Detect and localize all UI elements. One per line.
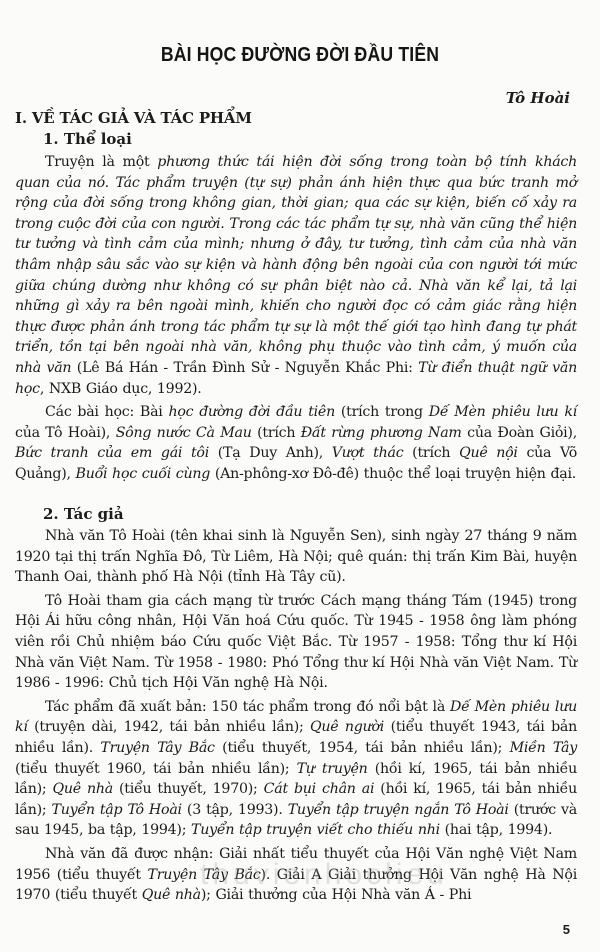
italic-run: Tuyển tập truyện viết cho thiếu nhi <box>191 822 440 838</box>
italic-run: Vượt thác <box>332 445 404 461</box>
text-run: Tác phẩm đã xuất bản: 150 tác phẩm trong… <box>45 699 450 715</box>
italic-run: Dế Mèn phiêu lưu kí <box>429 404 577 420</box>
text-run: của Tô Hoài), <box>15 425 116 441</box>
text-run: (hai tập, 1994). <box>440 822 552 838</box>
italic-run: học đường đời đầu tiên <box>168 404 335 420</box>
paragraph-author-career: Tô Hoài tham gia cách mạng từ trước Cách… <box>15 591 577 694</box>
text-run: (tiểu thuyết, 1970); <box>113 781 264 797</box>
italic-run: Truyện Tây Bắc <box>148 867 261 883</box>
text-run: (3 tập, 1993). <box>182 802 288 818</box>
text-run: ); Giải thưởng của Hội Nhà văn Á - Phi <box>201 887 471 903</box>
italic-run: Quê nhà <box>142 887 201 903</box>
page-number: 5 <box>563 922 570 937</box>
section-heading: I. VỀ TÁC GIẢ VÀ TÁC PHẨM <box>15 109 252 127</box>
page-title: BÀI HỌC ĐƯỜNG ĐỜI ĐẦU TIÊN <box>42 43 558 67</box>
text-run: (trích <box>403 445 459 461</box>
paragraph-author-awards: Nhà văn đã được nhận: Giải nhất tiểu thu… <box>15 844 577 906</box>
paragraph-author-works: Tác phẩm đã xuất bản: 150 tác phẩm trong… <box>15 697 577 841</box>
text-run: (tiểu thuyết, 1954, tái bản nhiều lần); <box>215 740 510 756</box>
italic-run: Cát bụi chân ai <box>264 781 375 797</box>
italic-run: Sông nước Cà Mau <box>116 425 252 441</box>
text-run: , NXB Giáo dục, 1992). <box>40 381 202 397</box>
subsection-heading-author: 2. Tác giả <box>43 505 124 523</box>
italic-run: Tuyển tập truyện ngắn Tô Hoài <box>288 802 509 818</box>
italic-run: Quê nội <box>459 445 518 461</box>
text-run: Các bài học: Bài <box>45 404 168 420</box>
text-run: (Lê Bá Hán - Trần Đình Sử - Nguyễn Khắc … <box>71 360 418 376</box>
italic-run: Miền Tây <box>510 740 577 756</box>
text-run: (An-phông-xơ Đô-đê) thuộc thể loại truyệ… <box>210 466 576 482</box>
paragraph-author-birth: Nhà văn Tô Hoài (tên khai sinh là Nguyễn… <box>15 526 577 588</box>
section-genre-body: Truyện là một phương thức tái hiện đời s… <box>15 152 577 485</box>
text-run: (tiểu thuyết 1960, tái bản nhiều lần); <box>15 761 297 777</box>
subsection-heading-genre: 1. Thể loại <box>43 130 132 148</box>
text-run: của Đoàn Giỏi), <box>462 425 577 441</box>
text-run: (trích <box>252 425 301 441</box>
italic-run: phương thức tái hiện đời sống trong toàn… <box>15 154 577 376</box>
text-run: Nhà văn Tô Hoài (tên khai sinh là Nguyễn… <box>15 528 577 585</box>
author-name: Tô Hoài <box>506 89 570 107</box>
italic-run: Truyện Tây Bắc <box>100 740 214 756</box>
text-run: (truyện dài, 1942, tái bản nhiều lần); <box>28 719 310 735</box>
italic-run: Quê người <box>310 719 384 735</box>
italic-run: Buổi học cuối cùng <box>76 466 211 482</box>
italic-run: Đất rừng phương Nam <box>301 425 462 441</box>
text-run: Truyện là một <box>45 154 157 170</box>
text-run: (trích trong <box>335 404 429 420</box>
italic-run: Tuyển tập Tô Hoài <box>52 802 182 818</box>
paragraph-genre-definition: Truyện là một phương thức tái hiện đời s… <box>15 152 577 399</box>
text-run: (Tạ Duy Anh), <box>209 445 332 461</box>
text-run: Tô Hoài tham gia cách mạng từ trước Cách… <box>15 593 577 691</box>
italic-run: Tự truyện <box>297 761 368 777</box>
section-author-body: Nhà văn Tô Hoài (tên khai sinh là Nguyễn… <box>15 526 577 906</box>
book-page: BÀI HỌC ĐƯỜNG ĐỜI ĐẦU TIÊN Tô Hoài I. VỀ… <box>0 0 600 952</box>
italic-run: Bức tranh của em gái tôi <box>15 445 209 461</box>
italic-run: Quê nhà <box>52 781 112 797</box>
paragraph-lessons: Các bài học: Bài học đường đời đầu tiên … <box>15 402 577 484</box>
